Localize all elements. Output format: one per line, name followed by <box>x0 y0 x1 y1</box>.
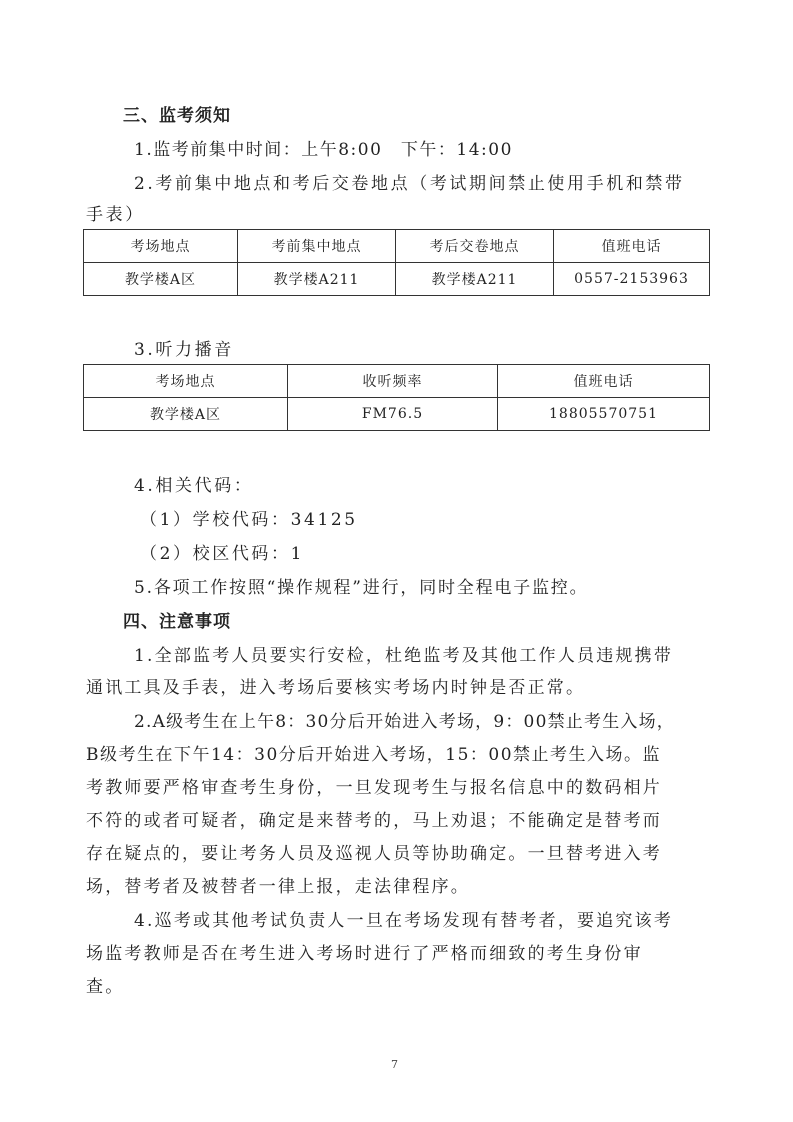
section-heading-4: 四、注意事项 <box>123 612 231 632</box>
school-code: （1）学校代码：34125 <box>140 510 358 530</box>
table-header: 考场地点 <box>84 365 288 398</box>
table-cell: 教学楼A区 <box>84 398 288 431</box>
procedure-note: 5.各项工作按照“操作规程”进行，同时全程电子监控。 <box>134 578 588 598</box>
paragraph-line: 场监考教师是否在考生进入考场时进行了严格而细致的考生身份审 <box>86 944 643 964</box>
location-table: 考场地点 考前集中地点 考后交卷地点 值班电话 教学楼A区 教学楼A211 教学… <box>83 229 710 296</box>
table-cell: 教学楼A211 <box>238 263 396 296</box>
paragraph-line: 查。 <box>86 977 124 997</box>
table-header: 值班电话 <box>554 230 710 263</box>
table-header: 考前集中地点 <box>238 230 396 263</box>
paragraph-line: B级考生在下午14：30分后开始进入考场，15：00禁止考生入场。监 <box>86 745 661 765</box>
paragraph-line: 1.全部监考人员要实行安检，杜绝监考及其他工作人员违规携带 <box>134 646 673 666</box>
broadcast-table: 考场地点 收听频率 值班电话 教学楼A区 FM76.5 18805570751 <box>83 364 710 431</box>
table-cell: 0557-2153963 <box>554 263 710 296</box>
table-header: 收听频率 <box>288 365 498 398</box>
table-header: 考场地点 <box>84 230 238 263</box>
table-cell: 教学楼A211 <box>396 263 554 296</box>
paragraph-line: 场，替考者及被替者一律上报，走法律程序。 <box>86 877 470 897</box>
listening-broadcast-label: 3.听力播音 <box>134 340 234 360</box>
gather-time: 1.监考前集中时间：上午8:00 下午：14:00 <box>134 140 513 160</box>
table-cell: 18805570751 <box>498 398 710 431</box>
codes-label: 4.相关代码： <box>134 476 253 496</box>
gather-location-line2: 手表） <box>86 205 145 225</box>
paragraph-line: 2.A级考生在上午8：30分后开始进入考场，9：00禁止考生入场， <box>134 712 675 732</box>
paragraph-line: 考教师要严格审查考生身份，一旦发现考生与报名信息中的数码相片 <box>86 778 662 798</box>
paragraph-line: 不符的或者可疑者，确定是来替考的，马上劝退；不能确定是替考而 <box>86 811 662 831</box>
campus-code: （2）校区代码：1 <box>140 544 304 564</box>
table-header: 值班电话 <box>498 365 710 398</box>
paragraph-line: 通讯工具及手表，进入考场后要核实考场内时钟是否正常。 <box>86 678 585 698</box>
paragraph-line: 4.巡考或其他考试负责人一旦在考场发现有替考者，要追究该考 <box>134 911 673 931</box>
page-number: 7 <box>391 1058 398 1071</box>
document-page: 三、监考须知 1.监考前集中时间：上午8:00 下午：14:00 2.考前集中地… <box>0 0 793 1122</box>
paragraph-line: 存在疑点的，要让考务人员及巡视人员等协助确定。一旦替考进入考 <box>86 844 662 864</box>
section-heading-3: 三、监考须知 <box>123 106 231 126</box>
gather-location-line1: 2.考前集中地点和考后交卷地点（考试期间禁止使用手机和禁带 <box>134 174 685 194</box>
table-cell: FM76.5 <box>288 398 498 431</box>
table-cell: 教学楼A区 <box>84 263 238 296</box>
table-header: 考后交卷地点 <box>396 230 554 263</box>
